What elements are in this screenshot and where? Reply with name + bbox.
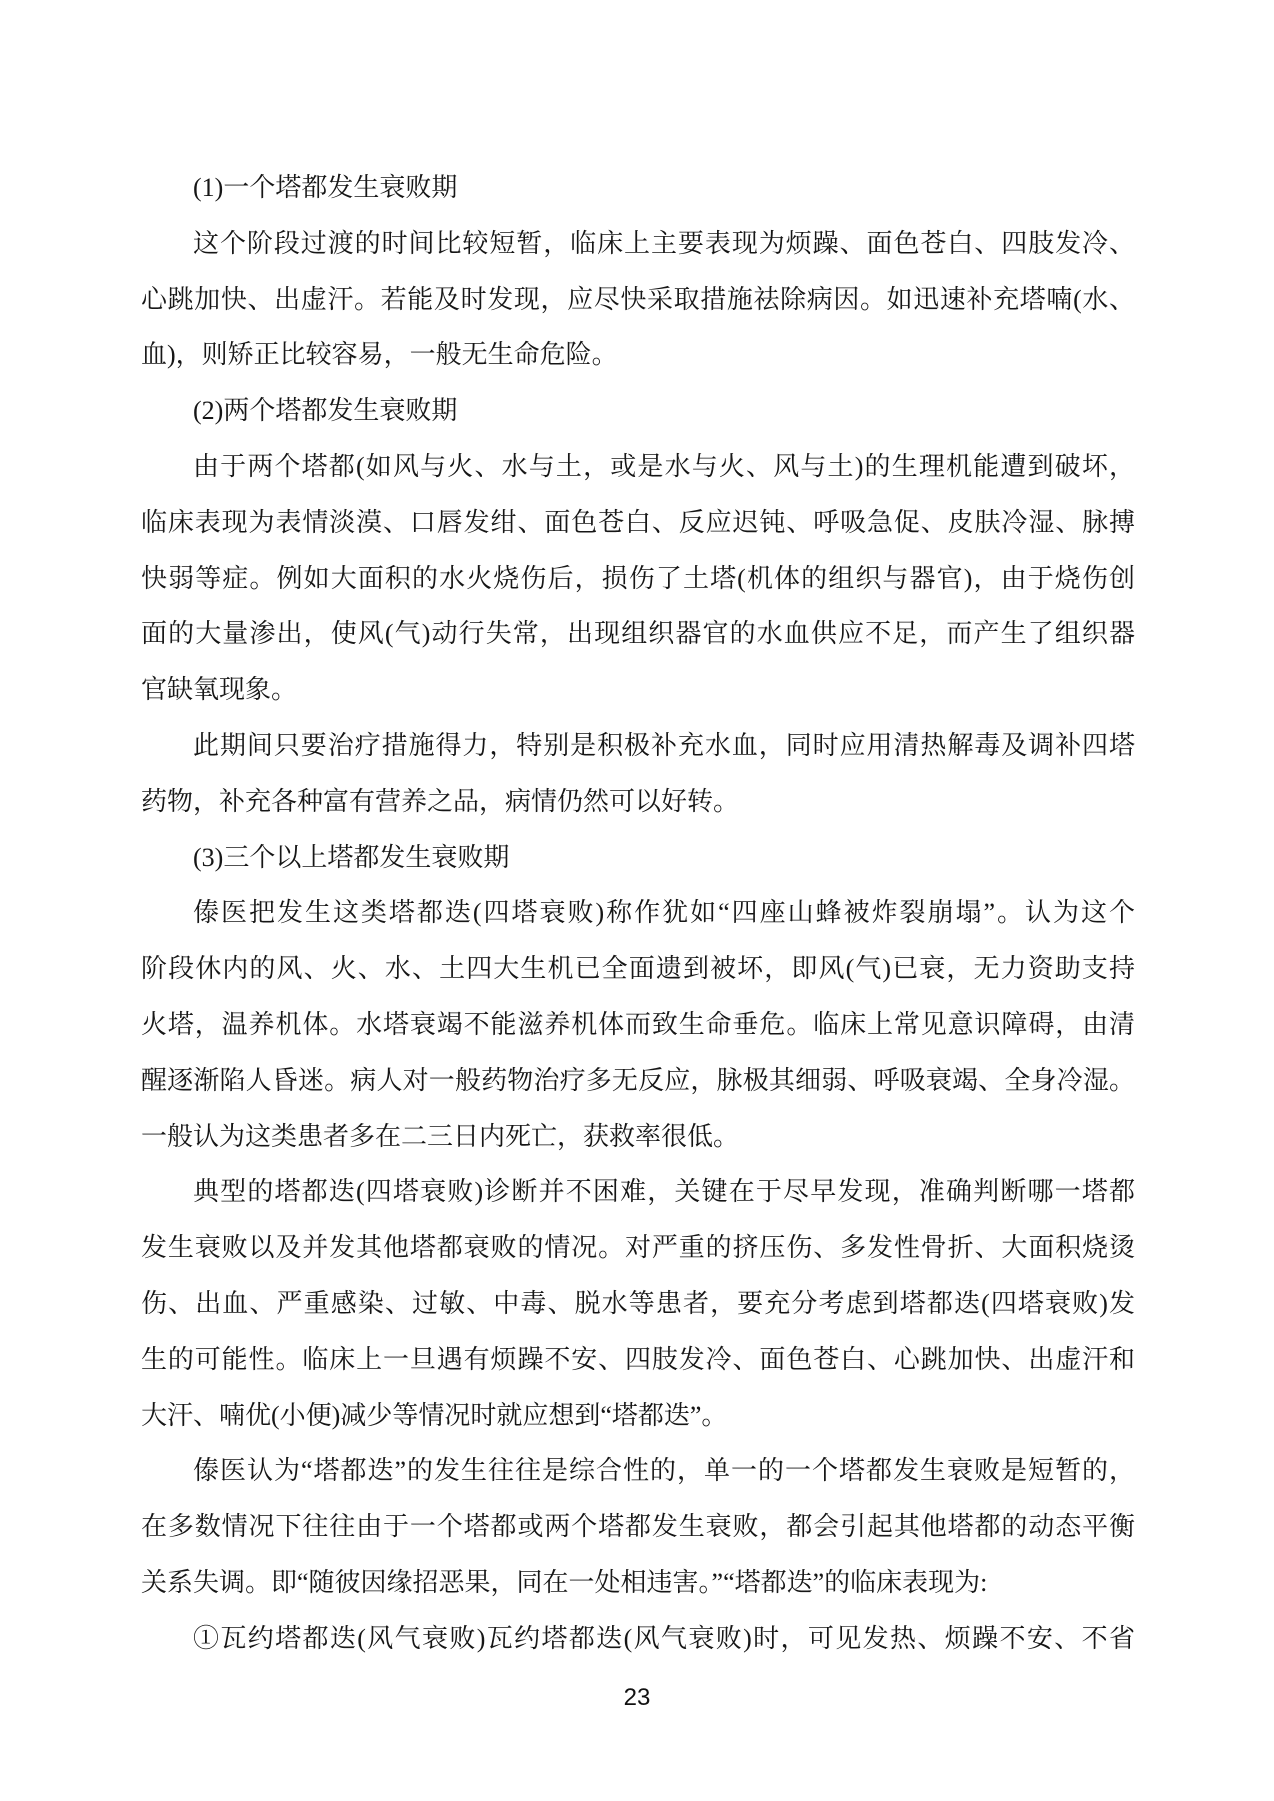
text-body: (1)一个塔都发生衰败期这个阶段过渡的时间比较短暂，临床上主要表现为烦躁、面色苍… [141, 160, 1135, 1667]
text-line: (1)一个塔都发生衰败期 [141, 160, 1135, 216]
text-line: 药物，补充各种富有营养之品，病情仍然可以好转。 [141, 774, 1135, 830]
text-line: 血)，则矫正比较容易，一般无生命危险。 [141, 327, 1135, 383]
document-page: (1)一个塔都发生衰败期这个阶段过渡的时间比较短暂，临床上主要表现为烦躁、面色苍… [0, 0, 1274, 1801]
text-line: 大汗、喃优(小便)减少等情况时就应想到“塔都迭”。 [141, 1388, 1135, 1444]
text-line: 在多数情况下往往由于一个塔都或两个塔都发生衰败，都会引起其他塔都的动态平衡 [141, 1499, 1135, 1555]
text-line: 生的可能性。临床上一旦遇有烦躁不安、四肢发冷、面色苍白、心跳加快、出虚汗和 [141, 1332, 1135, 1388]
text-line: 发生衰败以及并发其他塔都衰败的情况。对严重的挤压伤、多发性骨折、大面积烧烫 [141, 1220, 1135, 1276]
text-line: 这个阶段过渡的时间比较短暂，临床上主要表现为烦躁、面色苍白、四肢发冷、 [141, 216, 1135, 272]
text-line: 火塔，温养机体。水塔衰竭不能滋养机体而致生命垂危。临床上常见意识障碍，由清 [141, 997, 1135, 1053]
text-line: (3)三个以上塔都发生衰败期 [141, 830, 1135, 886]
text-line: 心跳加快、出虚汗。若能及时发现，应尽快采取措施祛除病因。如迅速补充塔喃(水、 [141, 272, 1135, 328]
text-line: (2)两个塔都发生衰败期 [141, 383, 1135, 439]
text-line: 由于两个塔都(如风与火、水与土，或是水与火、风与土)的生理机能遭到破坏， [141, 439, 1135, 495]
page-number: 23 [0, 1684, 1274, 1712]
text-line: 伤、出血、严重感染、过敏、中毒、脱水等患者，要充分考虑到塔都迭(四塔衰败)发 [141, 1276, 1135, 1332]
text-line: 临床表现为表情淡漠、口唇发绀、面色苍白、反应迟钝、呼吸急促、皮肤冷湿、脉搏 [141, 495, 1135, 551]
text-line: 面的大量渗出，使风(气)动行失常，出现组织器官的水血供应不足，而产生了组织器 [141, 606, 1135, 662]
text-line: 一般认为这类患者多在二三日内死亡，获救率很低。 [141, 1109, 1135, 1165]
text-line: ①瓦约塔都迭(风气衰败)瓦约塔都迭(风气衰败)时，可见发热、烦躁不安、不省 [141, 1611, 1135, 1667]
text-line: 快弱等症。例如大面积的水火烧伤后，损伤了土塔(机体的组织与器官)，由于烧伤创 [141, 551, 1135, 607]
text-line: 醒逐渐陷人昏迷。病人对一般药物治疗多无反应，脉极其细弱、呼吸衰竭、全身冷湿。 [141, 1053, 1135, 1109]
text-line: 关系失调。即“随彼因缘招恶果，同在一处相违害。”“塔都迭”的临床表现为: [141, 1555, 1135, 1611]
text-line: 此期间只要治疗措施得力，特别是积极补充水血，同时应用清热解毒及调补四塔 [141, 718, 1135, 774]
text-line: 傣医把发生这类塔都迭(四塔衰败)称作犹如“四座山蜂被炸裂崩塌”。认为这个 [141, 885, 1135, 941]
text-line: 官缺氧现象。 [141, 662, 1135, 718]
text-line: 阶段休内的风、火、水、土四大生机已全面遗到被坏，即风(气)已衰，无力资助支持 [141, 941, 1135, 997]
text-line: 傣医认为“塔都迭”的发生往往是综合性的，单一的一个塔都发生衰败是短暂的， [141, 1443, 1135, 1499]
text-line: 典型的塔都迭(四塔衰败)诊断并不困难，关键在于尽早发现，准确判断哪一塔都 [141, 1164, 1135, 1220]
